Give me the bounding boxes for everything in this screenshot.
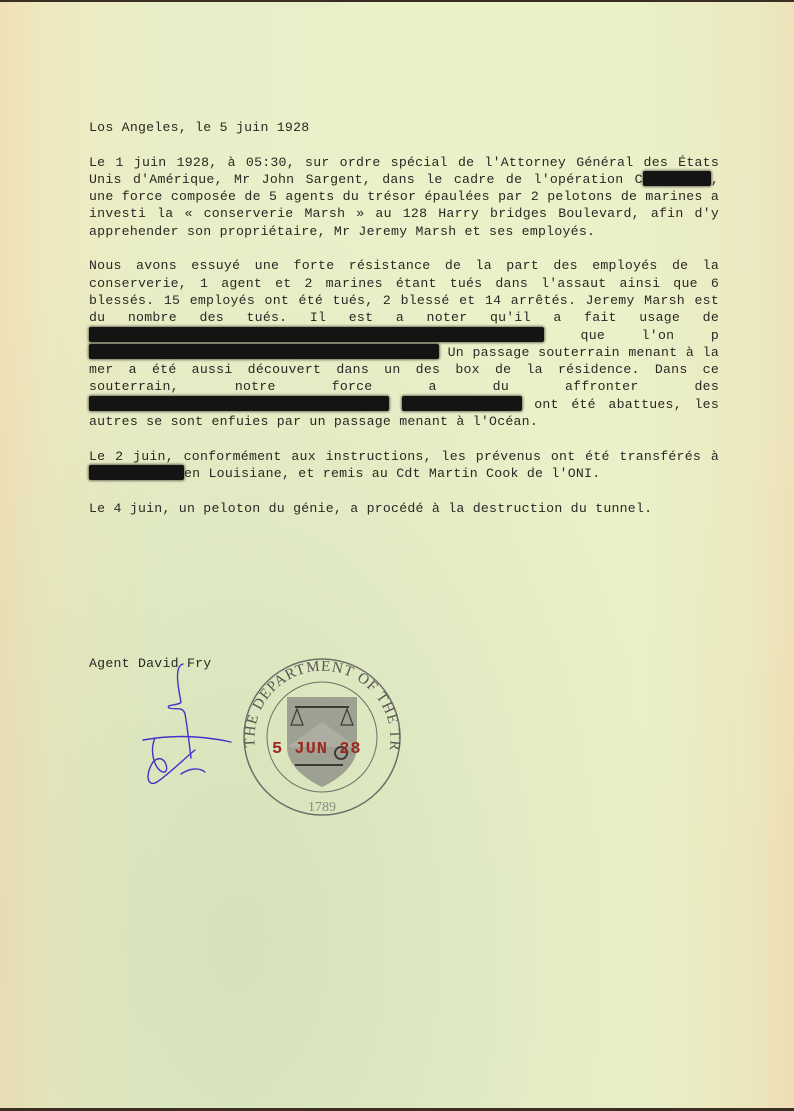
paragraph-resistance: Nous avons essuyé une forte résistance d… xyxy=(89,257,719,430)
date-stamp: 5 JUN 28 xyxy=(272,740,362,759)
paragraph-raid: Le 1 juin 1928, à 05:30, sur ordre spéci… xyxy=(89,154,719,240)
redaction-block xyxy=(89,396,389,411)
redaction-block xyxy=(643,171,711,186)
document-page: Los Angeles, le 5 juin 1928 Le 1 juin 19… xyxy=(0,2,794,1108)
redaction-block xyxy=(89,327,544,342)
document-body: Los Angeles, le 5 juin 1928 Le 1 juin 19… xyxy=(89,119,719,534)
redaction-block xyxy=(402,396,522,411)
paragraph-tunnel: Le 4 juin, un peloton du génie, a procéd… xyxy=(89,500,719,517)
treasury-seal: THE DEPARTMENT OF THE TREASURY 1789 xyxy=(235,647,410,822)
redaction-block xyxy=(89,344,439,359)
seal-year: 1789 xyxy=(308,800,336,815)
paragraph-resistance-text-1: Nous avons essuyé une forte résistance d… xyxy=(89,258,719,325)
paragraph-transfer-text-1: Le 2 juin, conformément aux instructions… xyxy=(89,449,719,464)
place-date: Los Angeles, le 5 juin 1928 xyxy=(89,119,719,136)
redaction-block xyxy=(89,465,184,480)
paragraph-resistance-text-2: que l'on p xyxy=(544,328,719,343)
paragraph-raid-text-1: Le 1 juin 1928, à 05:30, sur ordre spéci… xyxy=(89,155,719,187)
paragraph-transfer: Le 2 juin, conformément aux instructions… xyxy=(89,448,719,483)
handwritten-signature xyxy=(135,662,245,792)
paragraph-transfer-text-2: en Louisiane, et remis au Cdt Martin Coo… xyxy=(184,466,600,481)
